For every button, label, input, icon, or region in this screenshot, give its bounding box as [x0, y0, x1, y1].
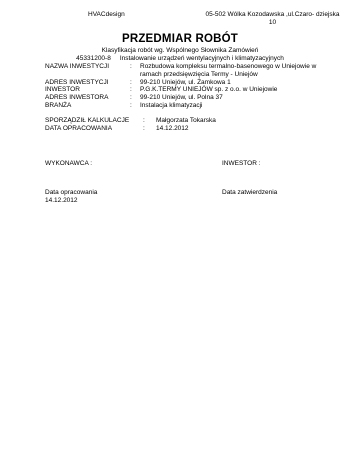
field-colon: : [130, 86, 140, 94]
classification-heading: Klasyfikacja robót wg. Wspólnego Słownik… [0, 47, 360, 55]
classification-row: 45331200-8 Instalowanie urządzeń wentyla… [0, 55, 360, 63]
field-label: NAZWA INWESTYCJI [45, 63, 130, 79]
field-value: P.G.K.TERMY UNIEJÓW sp. z o.o. w Uniejow… [140, 86, 322, 94]
field-value: Rozbudowa kompleksu termalno-basenowego … [140, 63, 322, 79]
cpv-code: 45331200-8 [76, 55, 111, 63]
field-colon: : [130, 63, 140, 79]
field-label: ADRES INWESTORA [45, 94, 130, 102]
date-approved-label: Data zatwierdzenia [222, 189, 277, 197]
field-value: 14.12.2012 [156, 125, 216, 133]
field-colon: : [130, 102, 140, 110]
field-value: Instalacja klimatyzacji [140, 102, 322, 110]
field-colon: : [130, 94, 140, 102]
contractor-signature-label: WYKONAWCA : [45, 160, 92, 168]
cpv-description: Instalowanie urządzeń wentylacyjnych i k… [120, 55, 284, 63]
przedmiar-robot-document-page: { "page": { "colon": ":", "header": { "c… [0, 0, 360, 466]
page-title: PRZEDMIAR ROBÓT [0, 33, 360, 45]
field-colon: : [143, 117, 156, 125]
date-prepared-value: 14.12.2012 [45, 197, 78, 205]
investor-signature-label: INWESTOR : [222, 160, 261, 168]
header-company-name: HVACdesign [88, 11, 125, 19]
field-value: 99-210 Uniejów, ul. Polna 37 [140, 94, 322, 102]
date-prepared-label: Data opracowania [45, 189, 97, 197]
header-company-address: 05-502 Wólka Kozodawska ,ul.Czaro- dziej… [205, 11, 340, 27]
field-label: BRANŻA [45, 102, 130, 110]
field-label: DATA OPRACOWANIA [45, 125, 143, 133]
field-colon: : [130, 79, 140, 87]
investment-fields: NAZWA INWESTYCJI : Rozbudowa kompleksu t… [45, 63, 322, 110]
field-value: Małgorzata Tokarska [156, 117, 216, 125]
field-label: INWESTOR [45, 86, 130, 94]
prepared-by-fields: SPORZĄDZIŁ KALKULACJE : Małgorzata Tokar… [45, 117, 216, 133]
field-label: ADRES INWESTYCJI [45, 79, 130, 87]
field-label: SPORZĄDZIŁ KALKULACJE [45, 117, 143, 125]
field-colon: : [143, 125, 156, 133]
